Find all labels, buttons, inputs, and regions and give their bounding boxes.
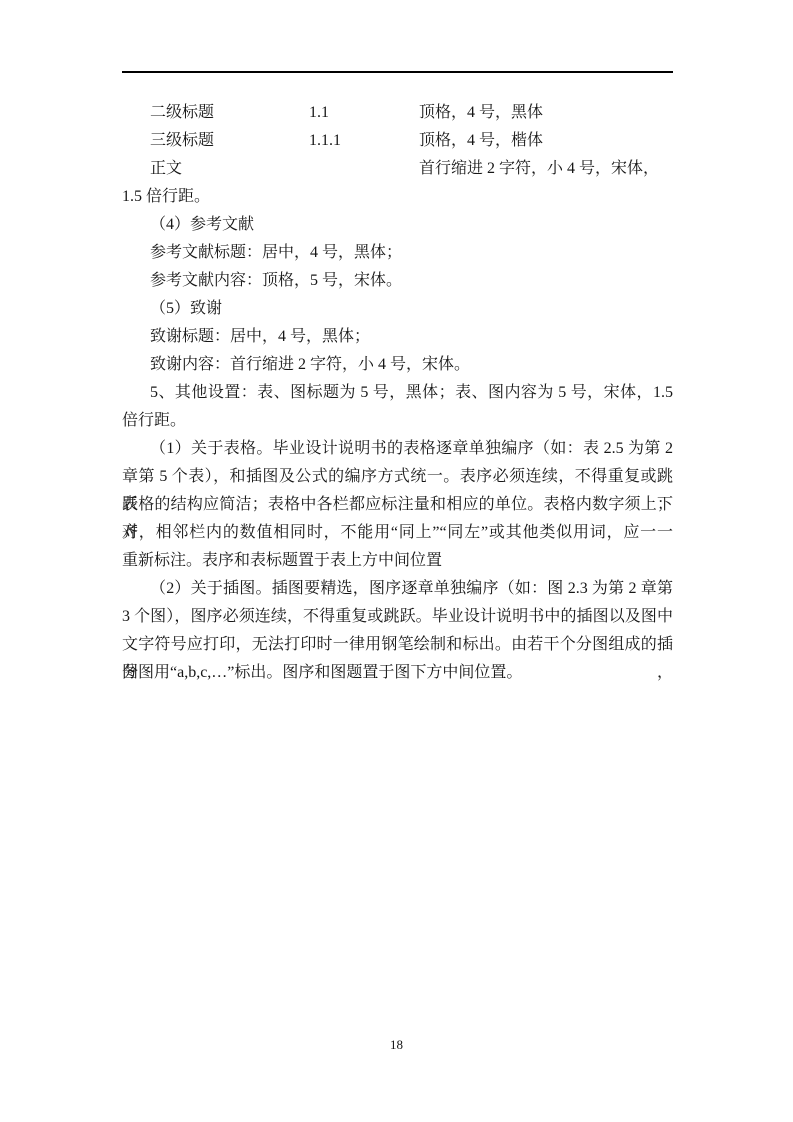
spec-table-row: 正文 首行缩进 2 字符，小 4 号，宋体， [122, 155, 673, 183]
body-line: 参考文献标题：居中，4 号，黑体； [122, 239, 673, 267]
body-line: 表格的结构应简洁；表格中各栏都应标注量和相应的单位。表格内数字须上下对 [122, 491, 673, 519]
spec-item-label: 正文 [150, 155, 182, 183]
body-line: 5、其他设置：表、图标题为 5 号，黑体；表、图内容为 5 号，宋体，1.5 [122, 379, 673, 407]
spec-numbering: 1.1 [309, 99, 329, 127]
body-line: 重新标注。表序和表标题置于表上方中间位置 [122, 547, 673, 575]
body-line: 章第 5 个表），和插图及公式的编序方式统一。表序必须连续，不得重复或跳跃； [122, 463, 673, 491]
spec-table-row: 三级标题 1.1.1 顶格，4 号，楷体 [122, 127, 673, 155]
spec-format-text: 顶格，4 号，楷体 [419, 127, 543, 155]
spec-numbering: 1.1.1 [309, 127, 341, 155]
body-line: 致谢标题：居中，4 号，黑体； [122, 323, 673, 351]
body-line: 参考文献内容：顶格，5 号，宋体。 [122, 267, 673, 295]
body-line: 文字符号应打印，无法打印时一律用钢笔绘制和标出。由若干个分图组成的插图， [122, 631, 673, 659]
spec-item-label: 三级标题 [150, 127, 214, 155]
body-line: 1.5 倍行距。 [122, 183, 673, 211]
body-line: 倍行距。 [122, 407, 673, 435]
body-line: （2）关于插图。插图要精选，图序逐章单独编序（如：图 2.3 为第 2 章第 [122, 575, 673, 603]
spec-format-text: 顶格，4 号，黑体 [419, 99, 543, 127]
body-line: （1）关于表格。毕业设计说明书的表格逐章单独编序（如：表 2.5 为第 2 [122, 435, 673, 463]
body-line: 致谢内容：首行缩进 2 字符，小 4 号，宋体。 [122, 351, 673, 379]
document-page: 二级标题 1.1 顶格，4 号，黑体 三级标题 1.1.1 顶格，4 号，楷体 … [0, 0, 793, 1122]
body-line: （4）参考文献 [122, 211, 673, 239]
header-rule [122, 71, 673, 73]
spec-format-text: 首行缩进 2 字符，小 4 号，宋体， [419, 155, 659, 183]
page-number: 18 [0, 1037, 793, 1053]
body-line: 齐，相邻栏内的数值相同时，不能用“同上”“同左”或其他类似用词，应一一 [122, 519, 673, 547]
spec-table-row: 二级标题 1.1 顶格，4 号，黑体 [122, 99, 673, 127]
spec-item-label: 二级标题 [150, 99, 214, 127]
document-content: 二级标题 1.1 顶格，4 号，黑体 三级标题 1.1.1 顶格，4 号，楷体 … [122, 99, 673, 687]
body-line: 3 个图），图序必须连续，不得重复或跳跃。毕业设计说明书中的插图以及图中 [122, 603, 673, 631]
body-line: （5）致谢 [122, 295, 673, 323]
